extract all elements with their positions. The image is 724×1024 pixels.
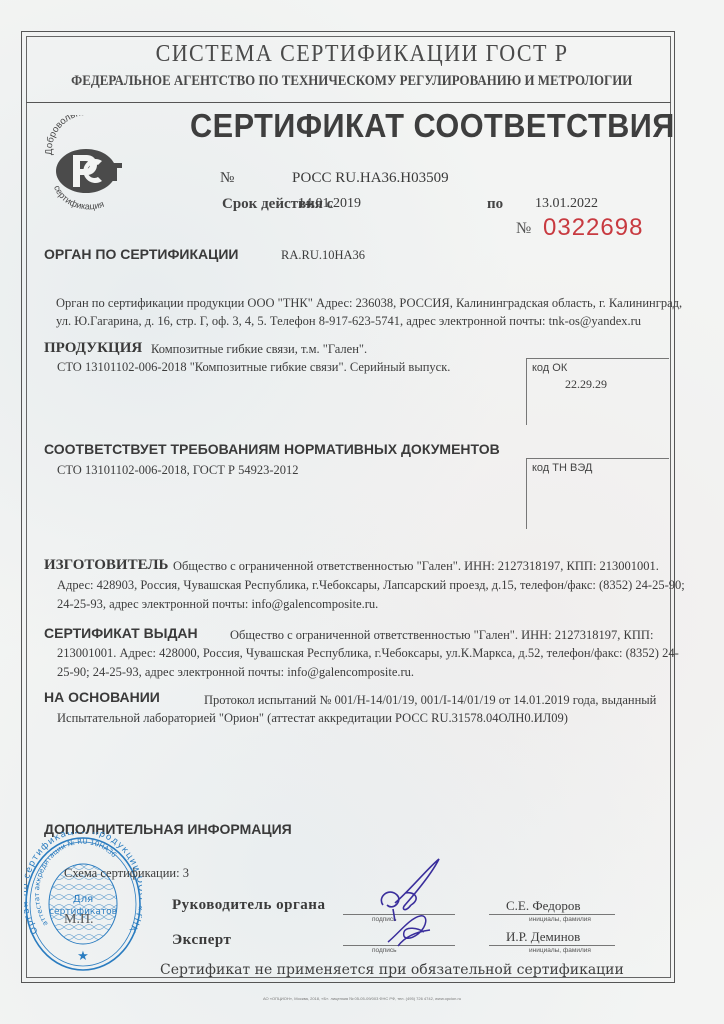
manufacturer-line-2: Адрес: 428903, Россия, Чувашская Республ… xyxy=(57,578,685,593)
rst-voluntary-certification-logo-icon: Добровольная сертификация xyxy=(40,115,135,215)
issued-to-line-3: 25-90; 24-25-93, адрес электронной почты… xyxy=(57,665,414,680)
head-name-caption: инициалы, фамилия xyxy=(529,916,591,923)
agency-title: ФЕДЕРАЛЬНОЕ АГЕНТСТВО ПО ТЕХНИЧЕСКОМУ РЕ… xyxy=(71,73,626,90)
expert-name-caption: инициалы, фамилия xyxy=(529,947,591,954)
blue-seal-stamp-icon: Орган по сертификации продукции ООО «ТНК… xyxy=(24,832,142,974)
registration-number: РОСС RU.НА36.Н03509 xyxy=(292,170,449,187)
head-name-line xyxy=(489,914,615,915)
valid-to-label: по xyxy=(487,196,503,213)
certification-body-line-1: Орган по сертификации продукции ООО "ТНК… xyxy=(56,296,682,311)
serial-number: 0322698 xyxy=(543,214,643,242)
voluntary-note: Сертификат не применяется при обязательн… xyxy=(160,962,624,978)
printer-imprint: АО «ОПЦИОН», Москва, 2018, «Б». лицензия… xyxy=(0,996,724,1001)
stamp-center-line-1: Для xyxy=(73,894,93,905)
ok-code-label: код ОК xyxy=(532,362,567,374)
certification-body-heading: ОРГАН ПО СЕРТИФИКАЦИИ xyxy=(44,246,238,262)
conformity-heading: СООТВЕТСТВУЕТ ТРЕБОВАНИЯМ НОРМАТИВНЫХ ДО… xyxy=(44,441,500,457)
product-line-1: Композитные гибкие связи, т.м. "Гален". xyxy=(151,342,367,357)
product-heading: ПРОДУКЦИЯ xyxy=(44,340,142,357)
certification-body-code: RA.RU.10НА36 xyxy=(281,248,365,263)
product-line-2: СТО 13101102-006-2018 "Композитные гибки… xyxy=(57,360,450,375)
svg-text:★: ★ xyxy=(77,949,89,964)
head-of-body-role: Руководитель органа xyxy=(172,897,325,914)
header-divider xyxy=(26,102,671,103)
mp-seal-place: М.П. xyxy=(64,912,94,928)
basis-line-1: Протокол испытаний № 001/Н-14/01/19, 001… xyxy=(204,693,656,708)
expert-role: Эксперт xyxy=(172,932,231,949)
ok-code-value: 22.29.29 xyxy=(565,377,607,392)
basis-line-2: Испытательной лабораторией "Орион" (атте… xyxy=(57,711,568,726)
certification-scheme: Схема сертификации: 3 xyxy=(64,866,189,881)
manufacturer-line-1: Общество с ограниченной ответственностью… xyxy=(173,559,659,574)
head-of-body-name: С.Е. Федоров xyxy=(506,898,580,914)
issued-to-line-1: Общество с ограниченной ответственностью… xyxy=(230,628,653,643)
issued-to-line-2: 213001001. Адрес: 428000, Россия, Чувашс… xyxy=(57,646,679,661)
conformity-documents: СТО 13101102-006-2018, ГОСТ Р 54923-2012 xyxy=(57,463,299,478)
expert-signature-caption: подпись xyxy=(372,947,397,954)
valid-to-date: 13.01.2022 xyxy=(535,196,598,212)
basis-heading: НА ОСНОВАНИИ xyxy=(44,689,160,705)
ok-code-box: код ОК 22.29.29 xyxy=(526,358,669,425)
valid-from-date: 14.01.2019 xyxy=(298,196,361,212)
manufacturer-line-3: 24-25-93, адрес электронной почты: info@… xyxy=(57,597,378,612)
manufacturer-heading: ИЗГОТОВИТЕЛЬ xyxy=(44,557,168,574)
expert-name: И.Р. Деминов xyxy=(506,929,580,945)
tnved-code-box: код ТН ВЭД xyxy=(526,458,669,529)
serial-number-sign: № xyxy=(516,220,531,238)
number-sign: № xyxy=(220,170,234,187)
certificate-title: СЕРТИФИКАТ СООТВЕТСТВИЯ xyxy=(190,107,675,145)
certification-body-line-2: ул. Ю.Гагарина, д. 16, стр. Г, оф. 3, 4,… xyxy=(56,314,641,329)
expert-name-line xyxy=(489,945,615,946)
issued-to-heading: СЕРТИФИКАТ ВЫДАН xyxy=(44,625,198,641)
system-title: СИСТЕМА СЕРТИФИКАЦИИ ГОСТ Р xyxy=(29,41,695,68)
expert-handwritten-signature-icon xyxy=(384,912,434,948)
tnved-code-label: код ТН ВЭД xyxy=(532,462,592,474)
